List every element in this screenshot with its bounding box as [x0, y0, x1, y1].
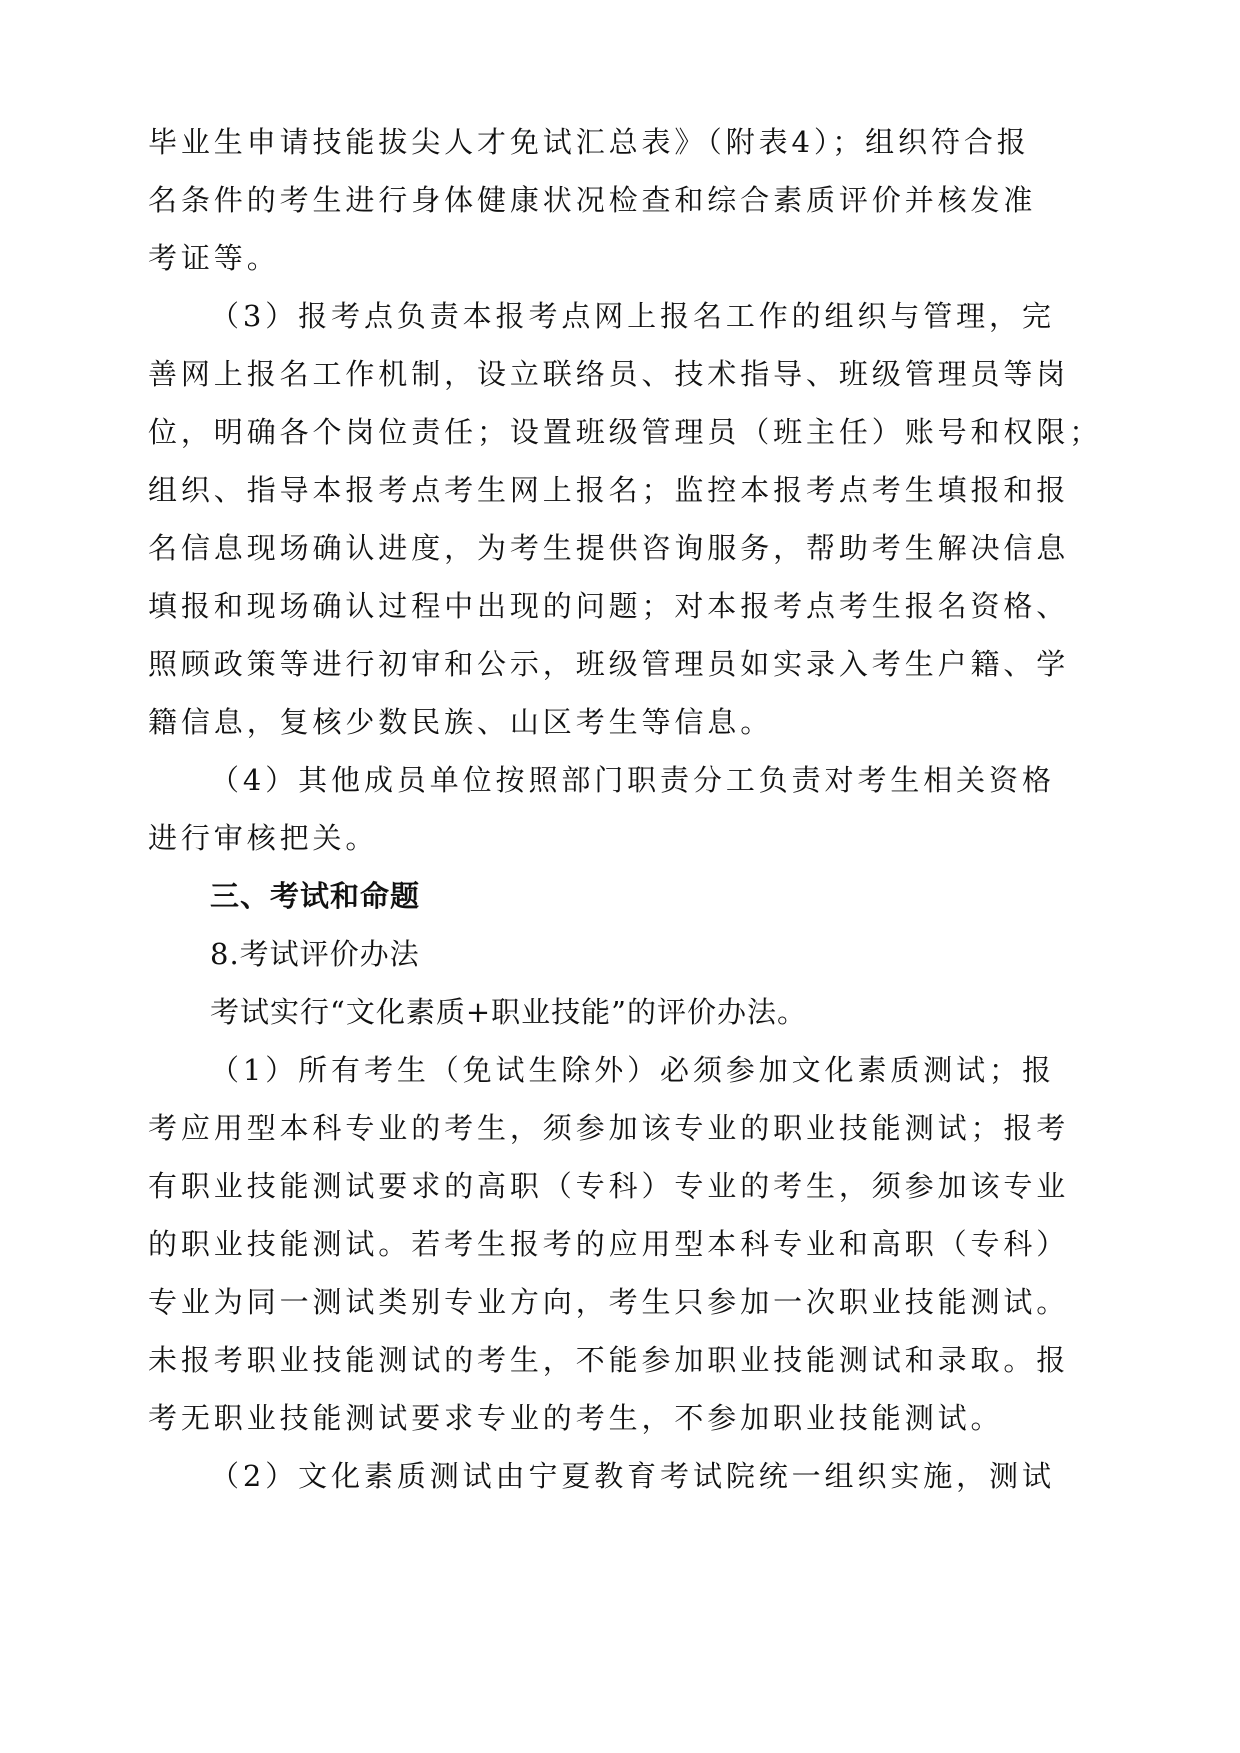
text-line: （4）其他成员单位按照部门职责分工负责对考生相关资格	[148, 751, 1088, 809]
text-line: 专业为同一测试类别专业方向，考生只参加一次职业技能测试。	[148, 1273, 1088, 1331]
text-line: 善网上报名工作机制，设立联络员、技术指导、班级管理员等岗	[148, 345, 1088, 403]
text-line: 考证等。	[148, 229, 1088, 287]
subsection-title: 8.考试评价办法	[148, 925, 1088, 983]
text-line: 毕业生申请技能拔尖人才免试汇总表》（附表4）；组织符合报	[148, 113, 1088, 171]
paragraph-item-1: （1）所有考生（免试生除外）必须参加文化素质测试；报 考应用型本科专业的考生，须…	[148, 1041, 1088, 1447]
paragraph-item-2: （2）文化素质测试由宁夏教育考试院统一组织实施，测试	[148, 1447, 1088, 1505]
text-line: 名条件的考生进行身体健康状况检查和综合素质评价并核发准	[148, 171, 1088, 229]
text-line: 考无职业技能测试要求专业的考生，不参加职业技能测试。	[148, 1389, 1088, 1447]
text-line: （3）报考点负责本报考点网上报名工作的组织与管理，完	[148, 287, 1088, 345]
text-line: 考试实行“文化素质+职业技能”的评价办法。	[148, 983, 1088, 1041]
paragraph-continuation: 毕业生申请技能拔尖人才免试汇总表》（附表4）；组织符合报 名条件的考生进行身体健…	[148, 113, 1088, 287]
text-line: 位，明确各个岗位责任；设置班级管理员（班主任）账号和权限；	[148, 403, 1088, 461]
text-line: 有职业技能测试要求的高职（专科）专业的考生，须参加该专业	[148, 1157, 1088, 1215]
section-title: 三、考试和命题	[148, 867, 1088, 925]
text-line: 的职业技能测试。若考生报考的应用型本科专业和高职（专科）	[148, 1215, 1088, 1273]
subsection-heading: 8.考试评价办法	[148, 925, 1088, 983]
document-page: 毕业生申请技能拔尖人才免试汇总表》（附表4）；组织符合报 名条件的考生进行身体健…	[148, 113, 1088, 1505]
text-line: 考应用型本科专业的考生，须参加该专业的职业技能测试；报考	[148, 1099, 1088, 1157]
text-line: （2）文化素质测试由宁夏教育考试院统一组织实施，测试	[148, 1447, 1088, 1505]
text-line: 籍信息，复核少数民族、山区考生等信息。	[148, 693, 1088, 751]
paragraph-item-3: （3）报考点负责本报考点网上报名工作的组织与管理，完 善网上报名工作机制，设立联…	[148, 287, 1088, 751]
text-line: 未报考职业技能测试的考生，不能参加职业技能测试和录取。报	[148, 1331, 1088, 1389]
text-line: 名信息现场确认进度，为考生提供咨询服务，帮助考生解决信息	[148, 519, 1088, 577]
text-line: 照顾政策等进行初审和公示，班级管理员如实录入考生户籍、学	[148, 635, 1088, 693]
text-line: 填报和现场确认过程中出现的问题；对本报考点考生报名资格、	[148, 577, 1088, 635]
paragraph-intro: 考试实行“文化素质+职业技能”的评价办法。	[148, 983, 1088, 1041]
text-line: 进行审核把关。	[148, 809, 1088, 867]
paragraph-item-4: （4）其他成员单位按照部门职责分工负责对考生相关资格 进行审核把关。	[148, 751, 1088, 867]
text-line: （1）所有考生（免试生除外）必须参加文化素质测试；报	[148, 1041, 1088, 1099]
text-line: 组织、指导本报考点考生网上报名；监控本报考点考生填报和报	[148, 461, 1088, 519]
section-heading: 三、考试和命题	[148, 867, 1088, 925]
